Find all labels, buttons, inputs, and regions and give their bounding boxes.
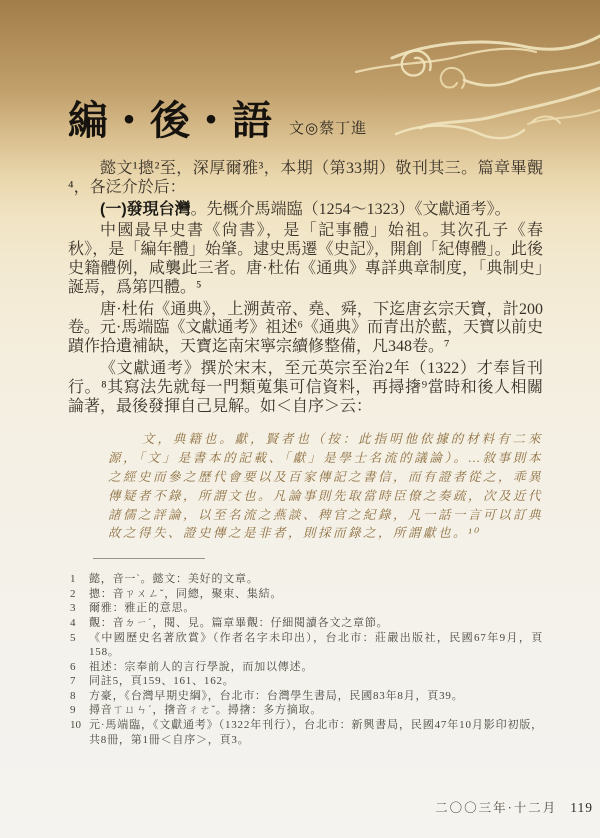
paragraph-section: (一)發現台灣。先概介馬端臨（1254～1323）《文獻通考》。 bbox=[68, 201, 543, 220]
footnotes-list: 1懿，音一ˋ。懿文：美好的文章。 2摠：音ㄗㄨㄥˇ，同總，聚束、集結。 3爾雅：… bbox=[68, 572, 543, 747]
footnote-number: 2 bbox=[70, 587, 76, 602]
section-rest: 。先概介馬端臨（1254～1323）《文獻通考》。 bbox=[191, 201, 511, 218]
footnote-separator bbox=[93, 558, 205, 559]
footnote-number: 4 bbox=[70, 616, 76, 631]
footnote-text: 撏音ㄒㄩㄣˊ，撦音ㄔㄜˇ。撏撦：多方摘取。 bbox=[89, 704, 322, 716]
footnote-item: 8方豪，《台灣早期史綱》，台北市：台灣學生書局，民國83年8月，頁39。 bbox=[68, 689, 543, 704]
footnote-item: 5《中國歷史名著欣賞》（作者名字未印出），台北市：莊嚴出版社，民國67年9月，頁… bbox=[68, 631, 543, 660]
issue-date: 二〇〇三年·十二月 bbox=[435, 798, 557, 816]
paragraph-intro: 懿文¹摠²至，深厚爾雅³，本期（第33期）敬刊其三。篇章畢覿⁴，各泛介於后： bbox=[68, 160, 543, 198]
footnote-number: 9 bbox=[70, 703, 76, 718]
footnote-item: 6祖述：宗奉前人的言行學說，而加以傳述。 bbox=[68, 660, 543, 675]
section-lead: (一)發現台灣 bbox=[100, 201, 191, 218]
footnote-number: 10 bbox=[70, 718, 81, 733]
article-body: 懿文¹摠²至，深厚爾雅³，本期（第33期）敬刊其三。篇章畢覿⁴，各泛介於后： (… bbox=[68, 160, 543, 747]
footnote-number: 1 bbox=[70, 572, 76, 587]
footnote-item: 2摠：音ㄗㄨㄥˇ，同總，聚束、集結。 bbox=[68, 587, 543, 602]
footnote-text: 摠：音ㄗㄨㄥˇ，同總，聚束、集結。 bbox=[89, 588, 282, 600]
footnote-text: 方豪，《台灣早期史綱》，台北市：台灣學生書局，民國83年8月，頁39。 bbox=[89, 690, 464, 702]
footnote-text: 懿，音一ˋ。懿文：美好的文章。 bbox=[89, 573, 259, 585]
footnote-number: 3 bbox=[70, 601, 76, 616]
footnote-text: 爾雅：雅正的意思。 bbox=[89, 602, 195, 614]
page-title: 編・後・語 bbox=[68, 100, 273, 142]
footnote-text: 《中國歷史名著欣賞》（作者名字未印出），台北市：莊嚴出版社，民國67年9月，頁1… bbox=[89, 632, 543, 659]
footnote-text: 覿：音ㄉㄧˊ，閱、見。篇章畢覿：仔細閱讀各文之章節。 bbox=[89, 617, 388, 629]
byline: 文◎蔡丁進 bbox=[289, 117, 367, 142]
footnote-number: 6 bbox=[70, 660, 76, 675]
magazine-page: 編・後・語 文◎蔡丁進 懿文¹摠²至，深厚爾雅³，本期（第33期）敬刊其三。篇章… bbox=[0, 0, 600, 838]
masthead: 編・後・語 文◎蔡丁進 bbox=[68, 100, 367, 142]
footnote-text: 元·馬端臨，《文獻通考》（1322年刊行），台北市：新興書局，民國47年10月影… bbox=[89, 719, 543, 746]
footnote-item: 7同註5，頁159、161、162。 bbox=[68, 674, 543, 689]
page-number: 119 bbox=[570, 800, 593, 816]
paragraph-history-3: 《文獻通考》撰於宋末，至元英宗至治2年（1322）才奉旨刊行。⁸其寫法先就每一門… bbox=[68, 360, 543, 416]
footnote-item: 10元·馬端臨，《文獻通考》（1322年刊行），台北市：新興書局，民國47年10… bbox=[68, 718, 543, 747]
quote-block: 文，典籍也。獻，賢者也（按：此指明他依據的材料有二來源，「文」是書本的記載、「獻… bbox=[108, 430, 543, 543]
paragraph-history-1: 中國最早史書《尙書》，是「記事體」始祖。其次孔子《春秋》，是「編年體」始肇。逮史… bbox=[68, 222, 543, 297]
footnote-number: 7 bbox=[70, 674, 76, 689]
footnote-text: 同註5，頁159、161、162。 bbox=[89, 675, 235, 687]
paragraph-history-2: 唐·杜佑《通典》，上溯黃帝、堯、舜，下迄唐玄宗天寶，計200卷。元·馬端臨《文獻… bbox=[68, 301, 543, 357]
footnote-text: 祖述：宗奉前人的言行學說，而加以傳述。 bbox=[89, 661, 313, 673]
footnote-number: 8 bbox=[70, 689, 76, 704]
footnote-item: 9撏音ㄒㄩㄣˊ，撦音ㄔㄜˇ。撏撦：多方摘取。 bbox=[68, 703, 543, 718]
footnote-item: 4覿：音ㄉㄧˊ，閱、見。篇章畢覿：仔細閱讀各文之章節。 bbox=[68, 616, 543, 631]
footnote-number: 5 bbox=[70, 631, 76, 646]
footnote-item: 1懿，音一ˋ。懿文：美好的文章。 bbox=[68, 572, 543, 587]
page-footer: 二〇〇三年·十二月 119 bbox=[435, 798, 593, 816]
footnote-item: 3爾雅：雅正的意思。 bbox=[68, 601, 543, 616]
